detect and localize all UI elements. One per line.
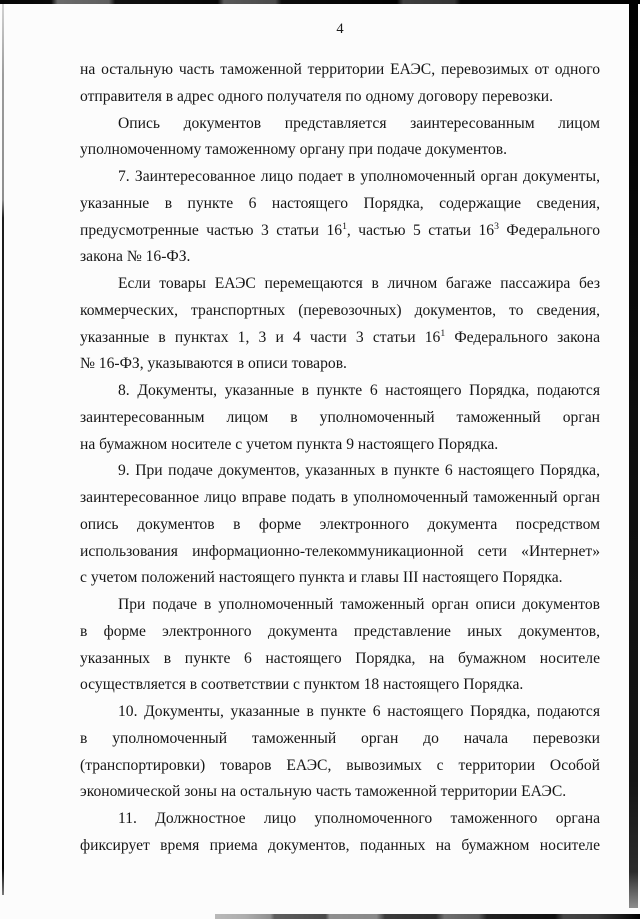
text-line-content: указанных в пункте 6 настоящего Порядка,… — [80, 650, 600, 667]
text-line: уполномоченному таможенному органу при п… — [80, 137, 600, 164]
page-number: 4 — [80, 19, 600, 39]
scan-artifact-top-bar — [0, 0, 640, 4]
text-line: осуществляется в соответствии с пунктом … — [80, 672, 600, 699]
text-line-content: закона № 16-ФЗ. — [80, 248, 190, 265]
text-line-content: Опись документов представляется заинтере… — [118, 115, 600, 132]
text-line-content: осуществляется в соответствии с пунктом … — [80, 676, 523, 693]
text-line-content: 9. При подаче документов, указанных в пу… — [118, 462, 600, 479]
text-line-content: 10. Документы, указанные в пункте 6 наст… — [118, 703, 600, 720]
scan-artifact-bottom-bar — [215, 914, 640, 919]
text-line-content: отправителя в адрес одного получателя по… — [80, 88, 553, 105]
text-line: указанные в пунктах 1, 3 и 4 части 3 ста… — [80, 325, 600, 352]
text-line-content: на бумажном носителе с учетом пункта 9 н… — [80, 436, 498, 453]
text-line-content: № 16-ФЗ, указываются в описи товаров. — [80, 355, 347, 372]
text-line: коммерческих, транспортных (перевозочных… — [80, 298, 600, 325]
text-line-content: 8. Документы, указанные в пункте 6 насто… — [118, 382, 600, 399]
text-line-content: заинтересованное лицо вправе подать в уп… — [80, 489, 600, 506]
text-line-content: 11. Должностное лицо уполномоченного там… — [118, 810, 600, 827]
text-line: фиксирует время приема документов, подан… — [80, 833, 600, 860]
text-line: экономической зоны на остальную часть та… — [80, 779, 600, 806]
text-line-content: фиксирует время приема документов, подан… — [80, 837, 600, 854]
text-line: в уполномоченный таможенный орган до нач… — [80, 726, 600, 753]
text-line-content: опись документов в форме электронного до… — [80, 516, 600, 533]
scan-artifact-right-edge — [629, 0, 638, 908]
scan-artifact-left-edge — [2, 4, 4, 895]
text-line: заинтересованное лицо вправе подать в уп… — [80, 485, 600, 512]
text-line: № 16-ФЗ, указываются в описи товаров. — [80, 351, 600, 378]
text-line-content: При подаче в уполномоченный таможенный о… — [118, 596, 600, 613]
text-line: 11. Должностное лицо уполномоченного там… — [80, 806, 600, 833]
text-line: (транспортировки) товаров ЕАЭС, вывозимы… — [80, 753, 600, 780]
document-page: 4 на остальную часть таможенной территор… — [0, 0, 640, 919]
text-line-content: на остальную часть таможенной территории… — [80, 61, 600, 78]
text-line-content: предусмотренные частью 3 статьи 161, час… — [80, 222, 600, 239]
text-line-content: Если товары ЕАЭС перемещаются в личном б… — [118, 275, 600, 292]
text-line-content: уполномоченному таможенному органу при п… — [80, 141, 507, 158]
text-line: отправителя в адрес одного получателя по… — [80, 84, 600, 111]
text-line: заинтересованным лицом в уполномоченный … — [80, 405, 600, 432]
text-line: 8. Документы, указанные в пункте 6 насто… — [80, 378, 600, 405]
text-line: Опись документов представляется заинтере… — [80, 111, 600, 138]
text-line-content: указанные в пунктах 1, 3 и 4 части 3 ста… — [80, 329, 600, 346]
text-line-content: в уполномоченный таможенный орган до нач… — [80, 730, 600, 747]
text-line: 10. Документы, указанные в пункте 6 наст… — [80, 699, 600, 726]
text-line: опись документов в форме электронного до… — [80, 512, 600, 539]
document-body: на остальную часть таможенной территории… — [80, 57, 600, 860]
text-line: 7. Заинтересованное лицо подает в уполно… — [80, 164, 600, 191]
text-line: закона № 16-ФЗ. — [80, 244, 600, 271]
text-line: указанные в пункте 6 настоящего Порядка,… — [80, 191, 600, 218]
text-line: предусмотренные частью 3 статьи 161, час… — [80, 218, 600, 245]
text-line-content: с учетом положений настоящего пункта и г… — [80, 569, 563, 586]
text-line: в форме электронного документа представл… — [80, 619, 600, 646]
text-line: на бумажном носителе с учетом пункта 9 н… — [80, 432, 600, 459]
text-line-content: экономической зоны на остальную часть та… — [80, 783, 566, 800]
text-line-content: 7. Заинтересованное лицо подает в уполно… — [118, 168, 600, 185]
text-line: При подаче в уполномоченный таможенный о… — [80, 592, 600, 619]
text-line-content: коммерческих, транспортных (перевозочных… — [80, 302, 600, 319]
text-line: использования информационно-телекоммуник… — [80, 539, 600, 566]
text-line-content: заинтересованным лицом в уполномоченный … — [80, 409, 600, 426]
text-line-content: в форме электронного документа представл… — [80, 623, 600, 640]
text-line: на остальную часть таможенной территории… — [80, 57, 600, 84]
text-line-content: указанные в пункте 6 настоящего Порядка,… — [80, 195, 600, 212]
text-line: с учетом положений настоящего пункта и г… — [80, 565, 600, 592]
text-line-content: (транспортировки) товаров ЕАЭС, вывозимы… — [80, 757, 600, 774]
text-line-content: использования информационно-телекоммуник… — [80, 543, 600, 560]
text-line: указанных в пункте 6 настоящего Порядка,… — [80, 646, 600, 673]
text-line: Если товары ЕАЭС перемещаются в личном б… — [80, 271, 600, 298]
text-line: 9. При подаче документов, указанных в пу… — [80, 458, 600, 485]
